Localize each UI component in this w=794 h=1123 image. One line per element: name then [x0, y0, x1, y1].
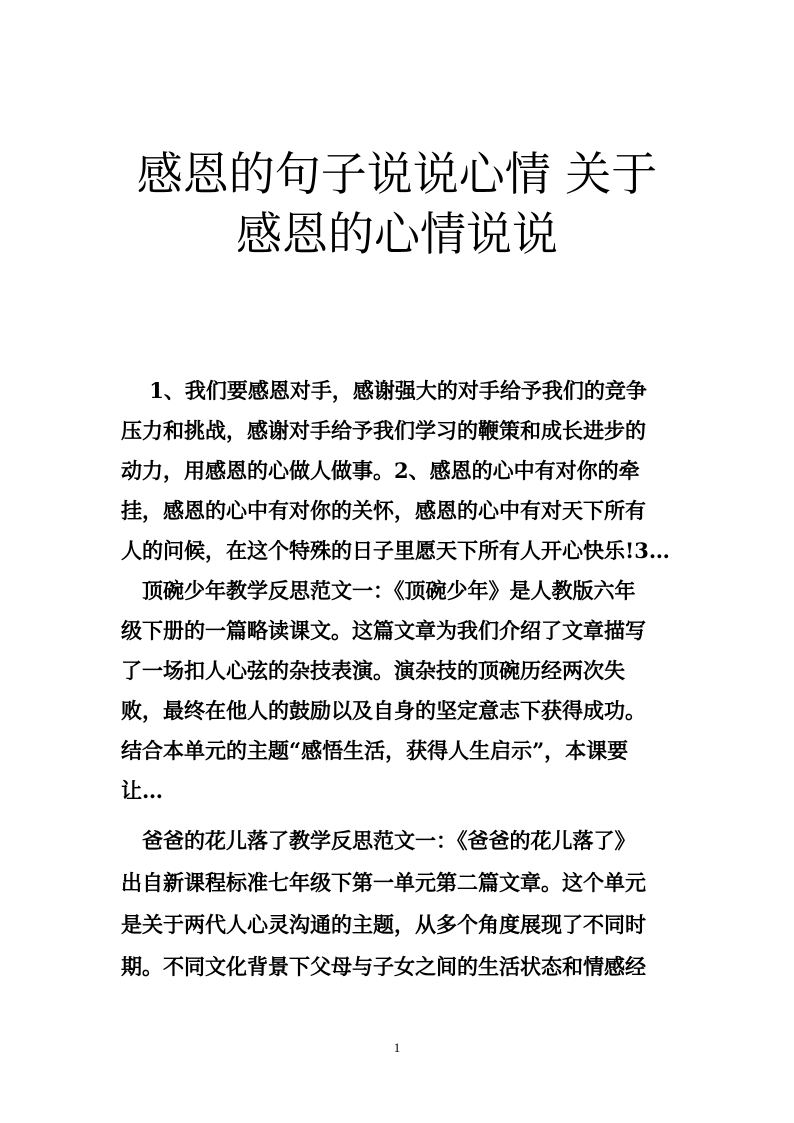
body-line: 出自新课程标准七年级下第一单元第二篇文章。这个单元	[121, 868, 646, 898]
body-line: 是关于两代人心灵沟通的主题，从多个角度展现了不同时	[121, 910, 646, 940]
body-line: 1、我们要感恩对手，感谢强大的对手给予我们的竞争	[121, 376, 647, 406]
body-line: 级下册的一篇略读课文。这篇文章为我们介绍了文章描写	[121, 616, 646, 646]
page-number: 1	[0, 1040, 794, 1056]
body-line: 挂，感恩的心中有对你的关怀，感恩的心中有对天下所有	[121, 496, 646, 526]
body-line: 败，最终在他人的鼓励以及自身的坚定意志下获得成功。	[121, 696, 646, 726]
body-line: 动力，用感恩的心做人做事。2、感恩的心中有对你的牵	[121, 456, 640, 486]
body-line: 爸爸的花儿落了教学反思范文一：《爸爸的花儿落了》	[121, 826, 636, 856]
document-title-line-1: 感恩的句子说说心情 关于	[0, 144, 794, 204]
body-line: 了一场扣人心弦的杂技表演。演杂技的顶碗历经两次失	[121, 656, 625, 686]
body-line: 让…	[121, 776, 163, 806]
document-title-line-2: 感恩的心情说说	[0, 204, 794, 264]
document-page: 感恩的句子说说心情 关于 感恩的心情说说 1、我们要感恩对手，感谢强大的对手给予…	[0, 0, 794, 1123]
body-line: 顶碗少年教学反思范文一：《顶碗少年》是人教版六年	[121, 576, 636, 606]
body-line: 人的问候，在这个特殊的日子里愿天下所有人开心快乐!3…	[121, 536, 670, 566]
body-line: 结合本单元的主题“感悟生活，获得人生启示”，本课要	[121, 736, 628, 766]
body-line: 期。不同文化背景下父母与子女之间的生活状态和情感经	[121, 952, 646, 982]
body-line: 压力和挑战，感谢对手给予我们学习的鞭策和成长进步的	[121, 416, 646, 446]
